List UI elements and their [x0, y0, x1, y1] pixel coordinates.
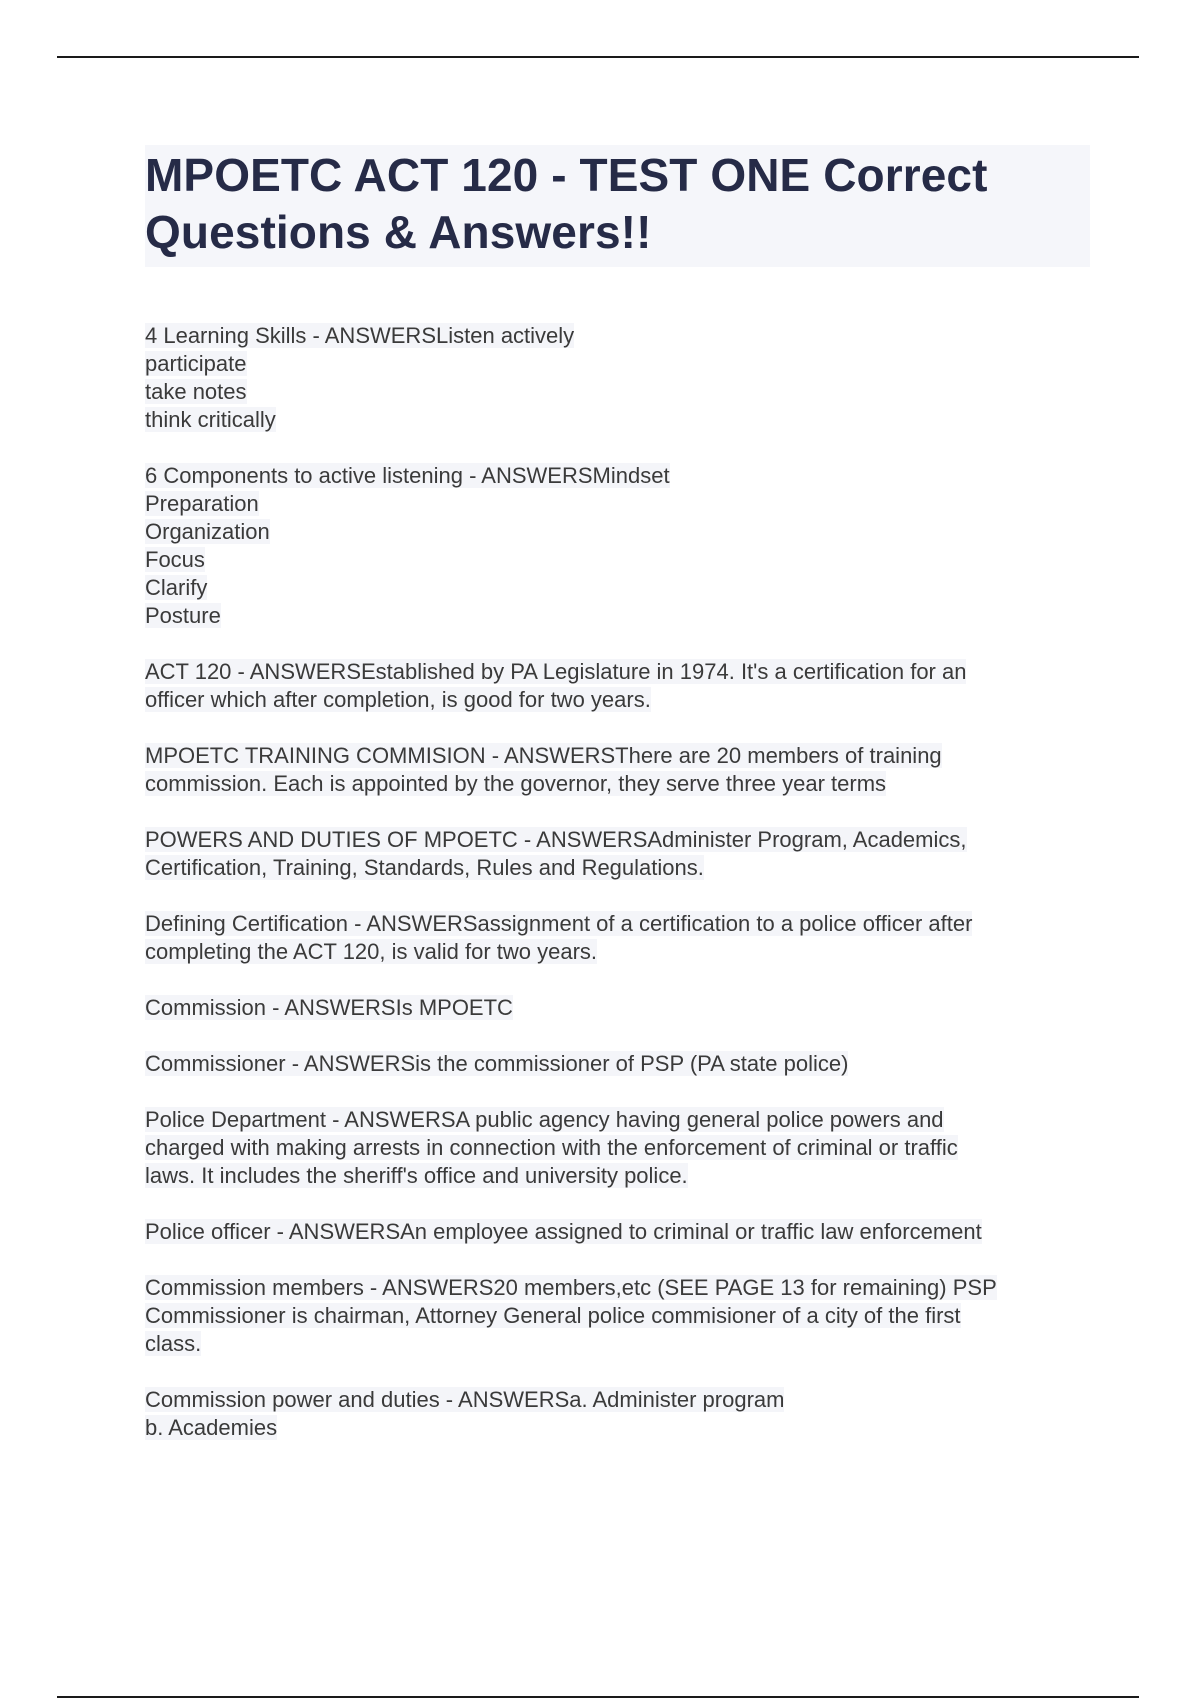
qa-entry: MPOETC TRAINING COMMISION - ANSWERSThere…	[145, 742, 1090, 798]
qa-line: b. Academies	[145, 1414, 1090, 1442]
qa-entry: Police Department - ANSWERSA public agen…	[145, 1106, 1090, 1190]
qa-answer-text: b. Academies	[145, 1415, 277, 1440]
qa-question-text: 4 Learning Skills - ANSWERSListen active…	[145, 323, 574, 348]
document-body: MPOETC ACT 120 - TEST ONE Correct Questi…	[145, 145, 1090, 1470]
qa-answer-text: Posture	[145, 603, 221, 628]
qa-answer-text: Certification, Training, Standards, Rule…	[145, 855, 704, 880]
qa-answer-text: laws. It includes the sheriff's office a…	[145, 1163, 688, 1188]
qa-line: Organization	[145, 518, 1090, 546]
qa-line: take notes	[145, 378, 1090, 406]
qa-line: Posture	[145, 602, 1090, 630]
qa-line: Clarify	[145, 574, 1090, 602]
title-block: MPOETC ACT 120 - TEST ONE Correct Questi…	[145, 145, 1090, 267]
qa-question-text: 6 Components to active listening - ANSWE…	[145, 463, 670, 488]
qa-question-text: MPOETC TRAINING COMMISION - ANSWERSThere…	[145, 743, 942, 768]
qa-line: Commissioner is chairman, Attorney Gener…	[145, 1302, 1090, 1330]
qa-line: Commissioner - ANSWERSis the commissione…	[145, 1050, 1090, 1078]
title-line: Questions & Answers!!	[145, 204, 1090, 261]
page-bottom-rule	[57, 1696, 1139, 1698]
qa-line: participate	[145, 350, 1090, 378]
qa-answer-text: class.	[145, 1331, 201, 1356]
qa-line: Commission - ANSWERSIs MPOETC	[145, 994, 1090, 1022]
qa-answer-text: completing the ACT 120, is valid for two…	[145, 939, 597, 964]
qa-question-text: Commission - ANSWERSIs MPOETC	[145, 995, 513, 1020]
qa-line: POWERS AND DUTIES OF MPOETC - ANSWERSAdm…	[145, 826, 1090, 854]
qa-entry: Police officer - ANSWERSAn employee assi…	[145, 1218, 1090, 1246]
qa-line: Preparation	[145, 490, 1090, 518]
qa-entry: 4 Learning Skills - ANSWERSListen active…	[145, 322, 1090, 434]
qa-line: officer which after completion, is good …	[145, 686, 1090, 714]
qa-line: Certification, Training, Standards, Rule…	[145, 854, 1090, 882]
page-title: MPOETC ACT 120 - TEST ONE Correct Questi…	[145, 147, 1090, 261]
qa-entry: Commission - ANSWERSIs MPOETC	[145, 994, 1090, 1022]
qa-question-text: Police officer - ANSWERSAn employee assi…	[145, 1219, 982, 1244]
qa-line: Police Department - ANSWERSA public agen…	[145, 1106, 1090, 1134]
qa-line: completing the ACT 120, is valid for two…	[145, 938, 1090, 966]
qa-line: class.	[145, 1330, 1090, 1358]
qa-line: charged with making arrests in connectio…	[145, 1134, 1090, 1162]
qa-answer-text: Commissioner is chairman, Attorney Gener…	[145, 1303, 961, 1328]
qa-line: 4 Learning Skills - ANSWERSListen active…	[145, 322, 1090, 350]
page-top-rule	[57, 56, 1139, 58]
qa-question-text: Commission power and duties - ANSWERSa. …	[145, 1387, 784, 1412]
qa-line: laws. It includes the sheriff's office a…	[145, 1162, 1090, 1190]
qa-line: Police officer - ANSWERSAn employee assi…	[145, 1218, 1090, 1246]
qa-list: 4 Learning Skills - ANSWERSListen active…	[145, 322, 1090, 1442]
qa-line: MPOETC TRAINING COMMISION - ANSWERSThere…	[145, 742, 1090, 770]
qa-line: think critically	[145, 406, 1090, 434]
qa-entry: ACT 120 - ANSWERSEstablished by PA Legis…	[145, 658, 1090, 714]
qa-answer-text: officer which after completion, is good …	[145, 687, 651, 712]
qa-entry: Defining Certification - ANSWERSassignme…	[145, 910, 1090, 966]
title-line: MPOETC ACT 120 - TEST ONE Correct	[145, 147, 1090, 204]
qa-line: commission. Each is appointed by the gov…	[145, 770, 1090, 798]
qa-line: Focus	[145, 546, 1090, 574]
qa-question-text: Police Department - ANSWERSA public agen…	[145, 1107, 944, 1132]
qa-answer-text: Clarify	[145, 575, 207, 600]
qa-line: Commission power and duties - ANSWERSa. …	[145, 1386, 1090, 1414]
qa-question-text: Commissioner - ANSWERSis the commissione…	[145, 1051, 848, 1076]
qa-question-text: Commission members - ANSWERS20 members,e…	[145, 1275, 997, 1300]
qa-answer-text: participate	[145, 351, 247, 376]
qa-question-text: Defining Certification - ANSWERSassignme…	[145, 911, 972, 936]
qa-question-text: ACT 120 - ANSWERSEstablished by PA Legis…	[145, 659, 966, 684]
qa-entry: Commissioner - ANSWERSis the commissione…	[145, 1050, 1090, 1078]
qa-question-text: POWERS AND DUTIES OF MPOETC - ANSWERSAdm…	[145, 827, 967, 852]
qa-entry: 6 Components to active listening - ANSWE…	[145, 462, 1090, 630]
qa-answer-text: charged with making arrests in connectio…	[145, 1135, 958, 1160]
qa-line: Commission members - ANSWERS20 members,e…	[145, 1274, 1090, 1302]
qa-entry: Commission power and duties - ANSWERSa. …	[145, 1386, 1090, 1442]
qa-line: Defining Certification - ANSWERSassignme…	[145, 910, 1090, 938]
qa-line: 6 Components to active listening - ANSWE…	[145, 462, 1090, 490]
qa-answer-text: think critically	[145, 407, 276, 432]
qa-answer-text: Organization	[145, 519, 270, 544]
qa-answer-text: Focus	[145, 547, 205, 572]
qa-answer-text: commission. Each is appointed by the gov…	[145, 771, 886, 796]
qa-answer-text: Preparation	[145, 491, 259, 516]
qa-entry: POWERS AND DUTIES OF MPOETC - ANSWERSAdm…	[145, 826, 1090, 882]
qa-entry: Commission members - ANSWERS20 members,e…	[145, 1274, 1090, 1358]
qa-answer-text: take notes	[145, 379, 247, 404]
qa-line: ACT 120 - ANSWERSEstablished by PA Legis…	[145, 658, 1090, 686]
